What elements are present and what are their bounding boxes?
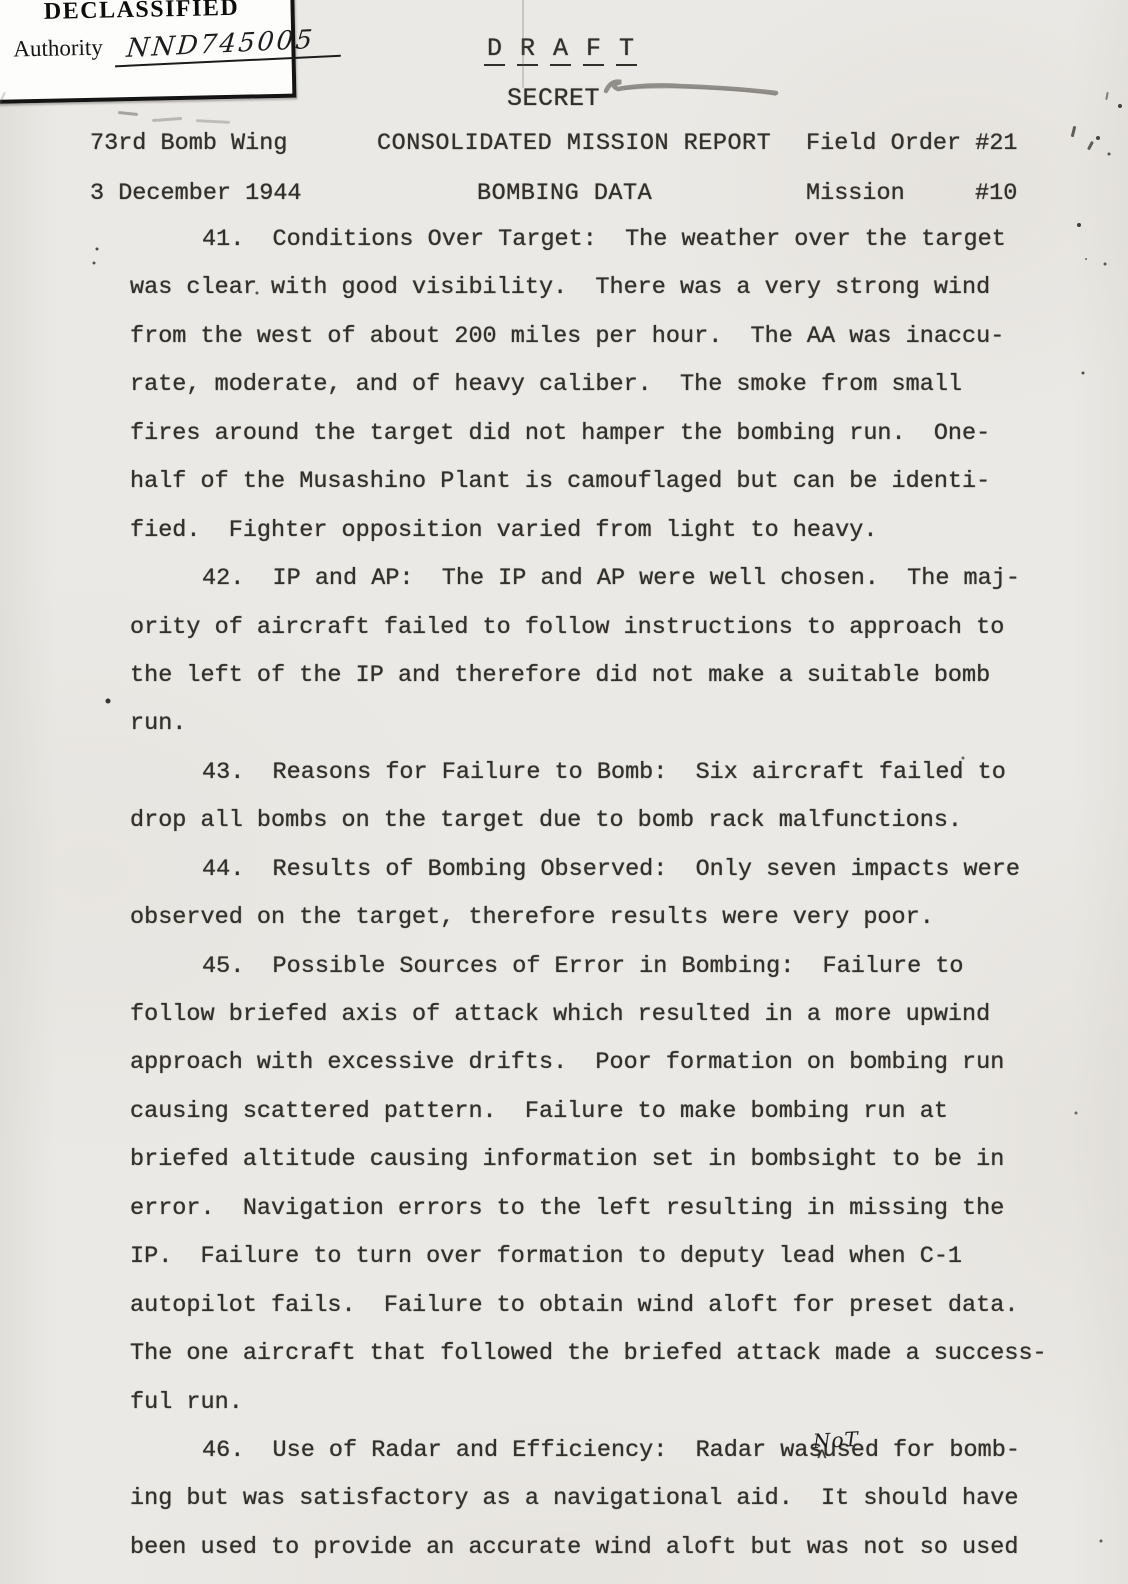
- draft-letter: F: [583, 34, 604, 66]
- typed-line: drop all bombs on the target due to bomb…: [130, 797, 1060, 845]
- typed-line: from the west of about 200 miles per hou…: [130, 313, 1060, 361]
- handwritten-not-annotation: NoT: [812, 1429, 859, 1451]
- unit-name: 73rd Bomb Wing: [90, 130, 287, 157]
- typed-line: was clear with good visibility. There wa…: [130, 264, 1060, 312]
- classification-heading: SECRET: [507, 84, 600, 113]
- report-subtitle: BOMBING DATA: [477, 180, 652, 207]
- ink-tick-mark: [1071, 126, 1076, 137]
- stamp-title: DECLASSIFIED: [0, 0, 291, 27]
- typed-line: error. Navigation errors to the left res…: [130, 1185, 1060, 1233]
- mission-number: #10: [975, 180, 1017, 207]
- report-body: 41. Conditions Over Target: The weather …: [130, 216, 1060, 1572]
- report-title: CONSOLIDATED MISSION REPORT: [377, 130, 771, 157]
- typed-line: observed on the target, therefore result…: [130, 894, 1060, 942]
- draft-letter: D: [484, 34, 505, 66]
- typed-line: The one aircraft that followed the brief…: [130, 1330, 1060, 1378]
- typed-line: follow briefed axis of attack which resu…: [130, 991, 1060, 1039]
- stamp-authority-label: Authority: [13, 35, 103, 62]
- paper-crease: [522, 0, 524, 88]
- stamp-authority-value: NND745005: [115, 24, 344, 68]
- typed-line: ing but was satisfactory as a navigation…: [130, 1475, 1060, 1523]
- typed-line: ful run.: [130, 1379, 1060, 1427]
- typed-line: causing scattered pattern. Failure to ma…: [130, 1088, 1060, 1136]
- typed-line: 41. Conditions Over Target: The weather …: [130, 216, 1060, 264]
- typed-line: the left of the IP and therefore did not…: [130, 652, 1060, 700]
- typed-line: briefed altitude causing information set…: [130, 1136, 1060, 1184]
- ink-tick-mark: [1087, 141, 1093, 150]
- ink-specks: [0, 0, 2, 2]
- draft-heading: DRAFT: [484, 34, 649, 66]
- pencil-dash-mark: [152, 117, 182, 122]
- typed-line: fied. Fighter opposition varied from lig…: [130, 507, 1060, 555]
- typed-line: 42. IP and AP: The IP and AP were well c…: [130, 555, 1060, 603]
- typed-line: autopilot fails. Failure to obtain wind …: [130, 1282, 1060, 1330]
- pencil-dash-mark: [118, 111, 138, 116]
- typed-line: been used to provide an accurate wind al…: [130, 1524, 1060, 1572]
- typed-segment: 46. Use of Radar and Efficiency: Radar w…: [202, 1437, 823, 1464]
- typed-line-with-insert: 46. Use of Radar and Efficiency: Radar w…: [130, 1427, 1060, 1475]
- typed-line: fires around the target did not hamper t…: [130, 410, 1060, 458]
- stamp-authority-row: AuthorityNND745005: [13, 28, 292, 67]
- typed-line: IP. Failure to turn over formation to de…: [130, 1233, 1060, 1281]
- draft-letter: T: [616, 34, 637, 66]
- typed-line: run.: [130, 700, 1060, 748]
- typed-line: 44. Results of Bombing Observed: Only se…: [130, 846, 1060, 894]
- ink-tick-mark: [1105, 92, 1108, 100]
- typed-line: 43. Reasons for Failure to Bomb: Six air…: [130, 749, 1060, 797]
- mission-label: Mission: [806, 180, 905, 207]
- draft-letter: R: [517, 34, 538, 66]
- document-page: DECLASSIFIED AuthorityNND745005 DRAFT SE…: [0, 0, 1128, 1584]
- typed-line: approach with excessive drifts. Poor for…: [130, 1039, 1060, 1087]
- typed-line: ority of aircraft failed to follow instr…: [130, 604, 1060, 652]
- draft-letter: A: [550, 34, 571, 66]
- declassified-stamp: DECLASSIFIED AuthorityNND745005: [0, 0, 296, 104]
- field-order-number: Field Order #21: [806, 130, 1018, 157]
- pencil-smudge-mark: [596, 70, 786, 102]
- typed-line: half of the Musashino Plant is camouflag…: [130, 458, 1060, 506]
- report-date: 3 December 1944: [90, 180, 302, 207]
- typed-line: rate, moderate, and of heavy caliber. Th…: [130, 361, 1060, 409]
- pencil-dash-mark: [196, 119, 230, 123]
- typed-line: 45. Possible Sources of Error in Bombing…: [130, 943, 1060, 991]
